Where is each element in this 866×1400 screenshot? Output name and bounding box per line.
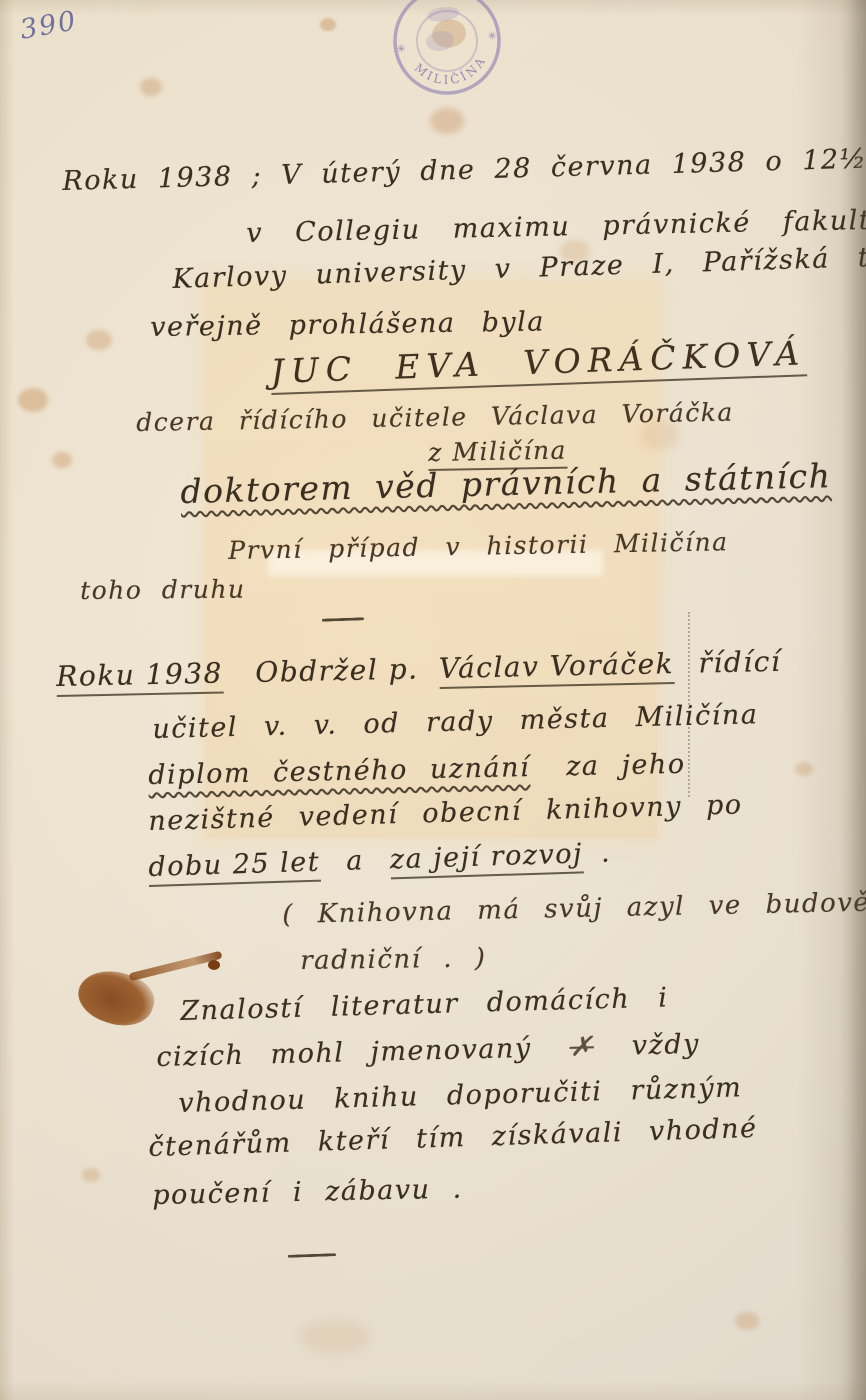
entry2-line-3: diplom čestného uznání za jeho: [148, 749, 686, 791]
entry2-development-text: za její rozvoj: [389, 838, 583, 879]
stain: [300, 1320, 370, 1354]
stain: [82, 1168, 100, 1182]
municipal-stamp: MILIČÍNA ✳ ✳: [383, 0, 512, 105]
stain: [320, 18, 336, 31]
entry2-line-11: čtenářům kteří tím získávali vhodné: [148, 1113, 758, 1163]
entry2-line-1b: Obdržel p.: [255, 652, 419, 688]
entry1-line-10: toho druhu: [80, 575, 246, 605]
entry2-line-1d: řídící: [698, 645, 782, 680]
stamp-graphic: MILIČÍNA ✳ ✳: [383, 0, 512, 105]
entry1-line-3: Karlovy university v Praze I, Pařížská t…: [172, 242, 866, 295]
entry1-line-2: v Collegiu maximu právnické fakulty: [246, 205, 866, 249]
crossed-out-word: ✗: [569, 1031, 594, 1063]
stain: [86, 330, 112, 350]
entry2-line-9c: vždy: [631, 1029, 700, 1062]
stain: [52, 452, 72, 468]
entry2-line-10: vhodnou knihu doporučiti různým: [178, 1072, 743, 1119]
entry1-line-4: veřejně prohlášena byla: [150, 306, 545, 343]
page-number: 390: [18, 5, 80, 46]
closing-dash: [288, 1253, 336, 1258]
stamp-right-star: ✳: [487, 29, 498, 43]
stain: [430, 108, 464, 134]
entry1-doctorand-name-text: JUC EVA VORÁČKOVÁ: [270, 333, 807, 395]
entry1-title-line: doktorem věd právních a státních: [180, 456, 832, 511]
entry2-line-5b: a: [346, 845, 365, 877]
entry2-line-8: Znalostí literatur domácích i: [180, 982, 669, 1027]
stamp-left-star: ✳: [396, 42, 407, 56]
stain: [18, 388, 48, 412]
entry1-title-text: doktorem věd právních a státních: [180, 456, 832, 511]
entry1-line-6: dcera řídícího učitele Václava Voráčka: [136, 398, 734, 437]
entry2-line-9a: cizích mohl jmenovaný: [156, 1033, 532, 1073]
entry1-doctorand-name: JUC EVA VORÁČKOVÁ: [270, 333, 807, 391]
entry1-line-9: První případ v historii Miličína: [228, 527, 729, 565]
entry2-line-9: cizích mohl jmenovaný ✗ vždy: [156, 1029, 700, 1073]
chronicle-page: MILIČÍNA ✳ ✳ 390 Roku 1938 ; V úterý dne…: [0, 0, 866, 1400]
ink-blot-dot: [208, 960, 220, 970]
stain: [140, 78, 162, 96]
entry2-line-1: Roku 1938 Obdržel p. Václav Voráček řídí…: [56, 645, 782, 693]
entry2-line-2: učitel v. v. od rady města Miličína: [152, 699, 759, 745]
entry2-awardee-name: Václav Voráček: [439, 647, 675, 689]
entry2-line-4: nezištné vedení obecní knihovny po: [148, 789, 743, 837]
entry2-line-12: poučení i zábavu .: [152, 1174, 463, 1211]
entry2-duration-text: dobu 25 let: [148, 847, 321, 887]
entry2-diploma-text: diplom čestného uznání: [148, 752, 530, 791]
entry2-line-7: radniční . ): [300, 943, 487, 976]
section-divider-dash: [322, 617, 364, 621]
stain: [735, 1312, 759, 1330]
entry2-line-6: ( Knihovna má svůj azyl ve budově: [282, 888, 866, 930]
entry1-line-date: Roku 1938 ; V úterý dne 28 června 1938 o…: [62, 140, 866, 197]
entry2-line-5: dobu 25 let a za její rozvoj .: [148, 837, 612, 883]
entry2-line-3b: za jeho: [566, 749, 686, 782]
entry2-line-5d: .: [600, 837, 611, 868]
stain: [795, 762, 813, 776]
entry2-year: Roku 1938: [56, 657, 223, 697]
